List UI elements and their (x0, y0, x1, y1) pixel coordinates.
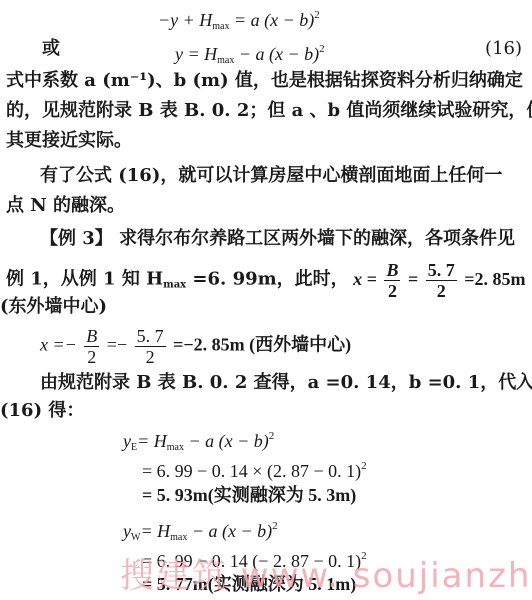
x-east-formula: x = B2 = 5. 72 =2. 85m (349, 269, 526, 289)
calc-east-eq-sup: 2 (269, 430, 275, 442)
calc-east-eq-a: = H (137, 431, 167, 451)
calc-west-step2-text: = 6. 99 − 0. 14 (− 2. 87 − 0. 1) (142, 551, 361, 571)
para2-line1: 有了公式 (16)，就可以计算房屋中心横剖面地面上任何一 (40, 165, 502, 187)
eq2-sup: 2 (319, 43, 325, 55)
equation-1: −y + Hmax = a (x − b)2 (158, 4, 320, 38)
fraction-b-over-2: B2 (84, 326, 99, 367)
x-west-formula: x =− B2 =− 5. 72 =−2. 85m (西外墙中心) (40, 326, 351, 367)
eq1-sub: max (212, 21, 229, 32)
frac-num: B (84, 326, 99, 347)
calc-east-step3: = 5. 93m(实测融深为 5. 3m) (142, 484, 356, 506)
example-line2-b: =6. 99m，此时， (186, 269, 349, 290)
calc-west-eq-sup: 2 (272, 520, 278, 532)
calc-east-var: y (123, 431, 131, 451)
equation-2-prefix: 或 (42, 38, 60, 60)
example-line5: (16) 得： (0, 400, 84, 422)
eq2-sub: max (217, 55, 234, 66)
eq2-lhs: y = H (175, 44, 217, 64)
frac-den: 2 (85, 347, 98, 367)
para2-line2: 点 N 的融深。 (6, 195, 125, 217)
x-west-eq: =− (107, 335, 127, 355)
calc-east-eq-sub: max (167, 442, 184, 453)
fraction-5.7-over-2: 5. 72 (135, 326, 166, 367)
calc-west-eq: yW= Hmax − a (x − b)2 (123, 515, 278, 549)
eq1-sup: 2 (314, 9, 320, 21)
eq2-rhs: − a (x − b) (234, 44, 319, 64)
calc-west-step2-sup: 2 (361, 550, 367, 562)
example-line2: 例 1，从例 1 知 Hmax =6. 99m，此时， x = B2 = 5. … (6, 260, 525, 301)
para1-line2: 的，见规范附录 B 表 B. 0. 2；但 a 、b 值尚须继续试验研究，使 (6, 100, 532, 122)
calc-west-var: y (123, 521, 131, 541)
frac-den: 2 (144, 347, 157, 367)
frac-num: B (384, 260, 400, 281)
para1-line1: 式中系数 a (m⁻¹)、b (m) 值，也是根据钻探资料分析归纳确定 (6, 70, 523, 92)
frac-num: 5. 7 (426, 260, 457, 281)
example-line2-sub: max (163, 280, 186, 291)
calc-east-step2-sup: 2 (361, 460, 367, 472)
example-line4: 由规范附录 B 表 B. 0. 2 查得，a =0. 14，b =0. 1，代入… (40, 372, 532, 394)
calc-west-eq-sub: max (170, 532, 187, 543)
x-west-lhs: x =− (40, 335, 77, 355)
calc-west-eq-a: = H (140, 521, 170, 541)
calc-east-eq: yE= Hmax − a (x − b)2 (123, 425, 274, 459)
calc-east-step2-text: = 6. 99 − 0. 14 × (2. 87 − 0. 1) (142, 461, 361, 481)
example-line3: (东外墙中心) (0, 296, 107, 318)
fraction-5.7-over-2: 5. 72 (426, 260, 457, 301)
para1-line3: 其更接近实际。 (6, 130, 132, 152)
frac-den: 2 (435, 281, 448, 301)
example-label: 【例 3】 (40, 228, 113, 249)
fraction-b-over-2: B2 (384, 260, 400, 301)
example-line1-text: 求得尔布尔养路工区两外墙下的融深，各项条件见 (113, 228, 515, 249)
x-east-result: =2. 85m (464, 269, 525, 289)
x-east-eq: = (408, 269, 418, 289)
calc-west-eq-b: − a (x − b) (187, 521, 272, 541)
calc-east-eq-b: − a (x − b) (184, 431, 269, 451)
frac-num: 5. 7 (135, 326, 166, 347)
x-west-result: =−2. 85m (西外墙中心) (173, 335, 351, 355)
calc-west-step3: = 5. 77m(实测融深为 5. 1m) (142, 573, 356, 595)
example-line2-a: 例 1，从例 1 知 H (6, 269, 163, 290)
eq1-lhs: −y + H (158, 10, 212, 30)
equation-2: y = Hmax − a (x − b)2 (175, 38, 325, 72)
calc-west-step2: = 6. 99 − 0. 14 (− 2. 87 − 0. 1)2 (142, 545, 367, 572)
example-line1: 【例 3】 求得尔布尔养路工区两外墙下的融深，各项条件见 (40, 228, 515, 250)
x-east-lhs: x = (353, 269, 377, 289)
equation-number: (16) (485, 38, 522, 60)
eq1-rhs: = a (x − b) (230, 10, 315, 30)
calc-east-step2: = 6. 99 − 0. 14 × (2. 87 − 0. 1)2 (142, 455, 367, 482)
frac-den: 2 (386, 281, 399, 301)
